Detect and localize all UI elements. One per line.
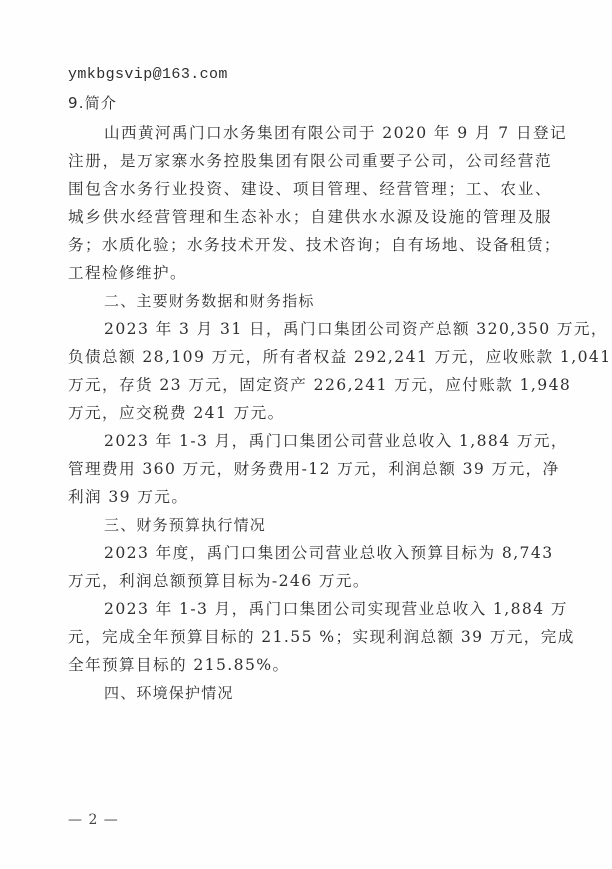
- intro-line: 注册，是万家寨水务控股集团有限公司重要子公司，公司经营范: [68, 151, 552, 171]
- section-9-title: 9.简介: [68, 93, 552, 113]
- intro-line: 围包含水务行业投资、建设、项目管理、经营管理；工、农业、: [68, 179, 552, 199]
- intro-line: 务；水质化验；水务技术开发、技术咨询；自有场地、设备租赁；: [68, 235, 552, 255]
- intro-line: 城乡供水经营管理和生态补水；自建供水水源及设施的管理及服: [68, 207, 552, 227]
- budget-target-line: 2023 年度，禹门口集团公司营业总收入预算目标为 8,743: [104, 543, 552, 563]
- income-line: 2023 年 1-3 月，禹门口集团公司营业总收入 1,884 万元，: [104, 431, 552, 451]
- budget-execution-line: 2023 年 1-3 月，禹门口集团公司实现营业总收入 1,884 万: [104, 599, 552, 619]
- page-number: — 2 —: [68, 812, 119, 828]
- budget-execution-line: 全年预算目标的 215.85%。: [68, 655, 552, 675]
- document-page: ymkbgsvip@163.com 9.简介 山西黄河禹门口水务集团有限公司于 …: [0, 0, 612, 869]
- section-3-title: 三、财务预算执行情况: [104, 515, 552, 535]
- balance-line: 负债总额 28,109 万元，所有者权益 292,241 万元，应收账款 1,0…: [68, 347, 552, 367]
- balance-line: 2023 年 3 月 31 日，禹门口集团公司资产总额 320,350 万元，: [104, 319, 552, 339]
- balance-line: 万元，应交税费 241 万元。: [68, 403, 552, 423]
- budget-execution-line: 元，完成全年预算目标的 21.55 %；实现利润总额 39 万元，完成: [68, 627, 552, 647]
- balance-line: 万元，存货 23 万元，固定资产 226,241 万元，应付账款 1,948: [68, 375, 552, 395]
- contact-email: ymkbgsvip@163.com: [68, 65, 552, 85]
- income-line: 管理费用 360 万元，财务费用-12 万元，利润总额 39 万元，净: [68, 459, 552, 479]
- intro-line: 山西黄河禹门口水务集团有限公司于 2020 年 9 月 7 日登记: [104, 123, 552, 143]
- budget-target-line: 万元，利润总额预算目标为-246 万元。: [68, 571, 552, 591]
- section-2-title: 二、主要财务数据和财务指标: [104, 291, 552, 311]
- section-4-title: 四、环境保护情况: [104, 683, 552, 703]
- income-line: 利润 39 万元。: [68, 487, 552, 507]
- intro-line: 工程检修维护。: [68, 263, 552, 283]
